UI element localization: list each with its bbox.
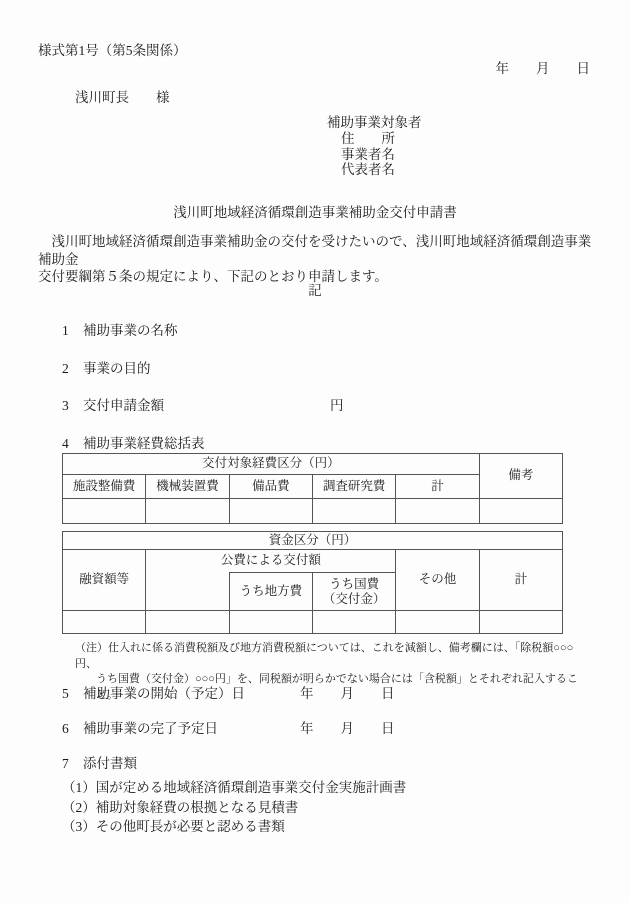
body-paragraph-line1: 浅川町地域経済循環創造事業補助金の交付を受けたいので、浅川町地域経済循環創造事業… (38, 233, 593, 268)
expense-group-header: 交付対象経費区分（円） (63, 454, 480, 475)
fund-classification-table: 資金区分（円） 融資額等 公費による交付額 その他 計 うち地方費 うち国費 （… (62, 531, 563, 634)
form-number: 様式第1号（第5条関係） (38, 43, 187, 60)
item-number: 2 (62, 361, 83, 378)
item-7-attachments: 7添付書類 (62, 756, 592, 773)
local-funds-header: うち地方費 (229, 573, 312, 611)
applicant-block: 補助事業対象者 住 所 事業者名 代表者名 (327, 115, 422, 178)
expense-value-cell (63, 499, 146, 524)
national-funds-header: うち国費 （交付金） (312, 573, 395, 611)
total-header: 計 (479, 550, 562, 611)
item-2-project-purpose: 2事業の目的 (62, 361, 592, 378)
item-number: 6 (62, 721, 83, 738)
public-funds-amount-subcell (146, 573, 229, 611)
expense-summary-table: 交付対象経費区分（円） 備考 施設整備費 機械装置費 備品費 調査研究費 計 (62, 453, 563, 524)
fund-table-header: 資金区分（円） (63, 532, 563, 550)
attachment-1: （1）国が定める地域経済循環創造事業交付金実施計画書 (62, 780, 602, 797)
fund-value-cell (312, 611, 395, 634)
attachment-2: （2）補助対象経費の根拠となる見積書 (62, 800, 602, 817)
item-label: 交付申請金額 (83, 398, 164, 413)
applicant-address-label: 住 所 (341, 131, 422, 147)
loan-amount-header: 融資額等 (63, 550, 146, 611)
applicant-business-name-label: 事業者名 (341, 147, 422, 163)
item-number: 7 (62, 756, 83, 773)
fund-value-cell (479, 611, 562, 634)
national-funds-header-line2: （交付金） (313, 592, 395, 607)
date-line: 年 月 日 (0, 61, 590, 78)
tax-note-line1: （注）仕入れに係る消費税額及び地方消費税額については、これを減額し、備考欄には、… (75, 641, 592, 672)
col-header-equipment: 備品費 (229, 475, 312, 499)
col-header-facility: 施設整備費 (63, 475, 146, 499)
fund-value-cell (396, 611, 479, 634)
applicant-heading: 補助事業対象者 (327, 115, 422, 131)
other-header: その他 (396, 550, 479, 611)
item-3-application-amount: 3交付申請金額 円 (62, 398, 592, 415)
attachment-3: （3）その他町長が必要と認める書類 (62, 819, 602, 836)
item-label: 補助事業の完了予定日 (83, 721, 218, 736)
item-number: 4 (62, 436, 83, 453)
document-title: 浅川町地域経済循環創造事業補助金交付申請書 (0, 205, 630, 222)
addressee-mayor: 浅川町長 様 (75, 90, 170, 107)
item-number: 3 (62, 398, 83, 415)
fund-value-cell (146, 611, 229, 634)
col-header-total: 計 (396, 475, 479, 499)
record-marker: 記 (0, 283, 630, 300)
item-label: 補助事業の名称 (83, 323, 178, 338)
application-form-page: 様式第1号（第5条関係） 年 月 日 浅川町長 様 補助事業対象者 住 所 事業… (0, 0, 630, 903)
item-label: 事業の目的 (83, 361, 151, 376)
remarks-header: 備考 (479, 454, 562, 499)
fund-value-cell (229, 611, 312, 634)
start-date-placeholder: 年 月 日 (300, 686, 395, 703)
col-header-research: 調査研究費 (312, 475, 395, 499)
remarks-value-cell (479, 499, 562, 524)
item-label: 補助事業の開始（予定）日 (83, 686, 245, 701)
fund-value-cell (63, 611, 146, 634)
yen-unit-label: 円 (330, 398, 344, 415)
item-number: 5 (62, 686, 83, 703)
expense-value-cell (396, 499, 479, 524)
item-5-start-date: 5補助事業の開始（予定）日 年 月 日 (62, 686, 592, 703)
public-funds-group-header: 公費による交付額 (146, 550, 396, 573)
expense-value-cell (229, 499, 312, 524)
expense-value-cell (312, 499, 395, 524)
item-1-project-name: 1補助事業の名称 (62, 323, 592, 340)
item-label: 補助事業経費総括表 (83, 436, 205, 451)
applicant-representative-label: 代表者名 (341, 162, 422, 178)
item-6-completion-date: 6補助事業の完了予定日 年 月 日 (62, 721, 592, 738)
item-4-expense-summary: 4補助事業経費総括表 (62, 436, 592, 453)
body-paragraph: 浅川町地域経済循環創造事業補助金の交付を受けたいので、浅川町地域経済循環創造事業… (38, 233, 593, 286)
completion-date-placeholder: 年 月 日 (300, 721, 395, 738)
national-funds-header-line1: うち国費 (313, 577, 395, 592)
item-number: 1 (62, 323, 83, 340)
expense-value-cell (146, 499, 229, 524)
col-header-machinery: 機械装置費 (146, 475, 229, 499)
item-label: 添付書類 (83, 756, 137, 771)
